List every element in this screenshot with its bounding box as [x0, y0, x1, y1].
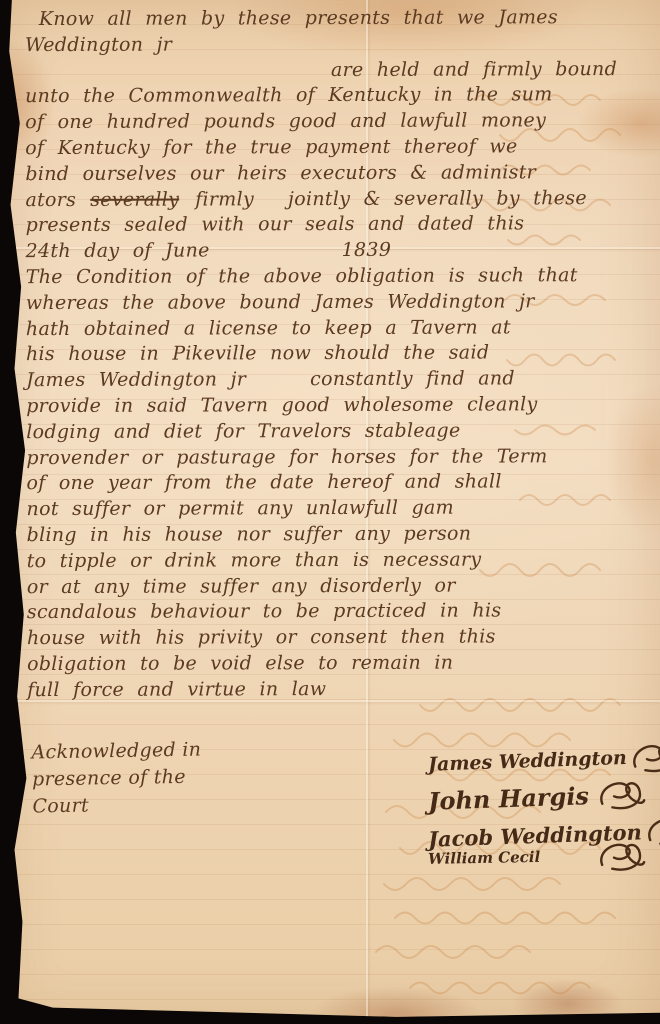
manuscript-line: scandalous behaviour to be practiced in … [27, 598, 653, 626]
manuscript-line: provide in said Tavern good wholesome cl… [26, 392, 652, 420]
scanned-document: Know all men by these presents that we J… [0, 0, 660, 1024]
manuscript-line: 24th day of June1839 [26, 237, 652, 265]
manuscript-line: bind ourselves our heirs executors & adm… [25, 160, 651, 188]
attestation-line: presence of the [32, 764, 202, 794]
manuscript-line: of one year from the date hereof and sha… [26, 469, 652, 497]
manuscript-body: Know all men by these presents that we J… [25, 5, 653, 704]
line-fragment: James Weddington jr [26, 368, 246, 391]
line-fragment: firmly [195, 188, 254, 210]
seal-flourish-icon [594, 838, 647, 873]
manuscript-line: presents sealed with our seals and dated… [26, 211, 652, 239]
seal-flourish-icon [626, 739, 660, 775]
manuscript-line: of one hundred pounds good and lawfull m… [25, 108, 651, 136]
manuscript-line: of Kentucky for the true payment thereof… [25, 134, 651, 162]
struck-word: severally [90, 188, 179, 210]
manuscript-line: The Condition of the above obligation is… [26, 263, 652, 291]
manuscript-line: Know all men by these presents that we J… [25, 5, 651, 33]
attestation-line: Acknowledged in [31, 737, 201, 767]
attestation-block: Acknowledged in presence of the Court [31, 737, 202, 821]
manuscript-line: obligation to be void else to remain in [27, 650, 653, 678]
paper-sheet: Know all men by these presents that we J… [0, 0, 660, 1024]
manuscript-line: unto the Commonwealth of Kentucky in the… [25, 82, 651, 110]
manuscript-line: Weddington jr [25, 31, 651, 59]
manuscript-line: whereas the above bound James Weddington… [26, 289, 652, 317]
signature-row: James Weddington [427, 740, 646, 782]
signature-row: John Hargis [427, 776, 646, 818]
year-text: 1839 [342, 239, 392, 261]
line-fragment: ators [25, 188, 76, 210]
seal-flourish-icon [593, 776, 646, 812]
attestation-line: Court [32, 791, 202, 821]
signature-name: John Hargis [428, 781, 590, 816]
manuscript-line: his house in Pikeville now should the sa… [26, 340, 652, 368]
date-text: 24th day of June [26, 240, 210, 263]
manuscript-line: lodging and diet for Travelors stableage [26, 418, 652, 446]
manuscript-line: atorsseverallyfirmlyjointly & severally … [25, 185, 651, 213]
manuscript-line: to tipple or drink more than is necessar… [27, 547, 653, 575]
manuscript-line: hath obtained a license to keep a Tavern… [26, 314, 652, 342]
manuscript-line: provender or pasturage for horses for th… [26, 443, 652, 471]
manuscript-line: James Weddington jrconstantly find and [26, 366, 652, 394]
manuscript-line: are held and firmly bound [25, 57, 651, 85]
manuscript-line: not suffer or permit any unlawfull gam [26, 495, 652, 523]
manuscript-line: house with his privity or consent then t… [27, 624, 653, 652]
manuscript-line: full force and virtue in law [27, 676, 653, 704]
line-fragment: constantly find and [310, 368, 515, 391]
manuscript-line: bling in his house nor suffer any person [27, 521, 653, 549]
signature-block: James Weddington John Hargis Jacob Weddi… [428, 744, 646, 874]
manuscript-line: or at any time suffer any disorderly or [27, 572, 653, 600]
signature-name: James Weddington [428, 747, 627, 776]
line-fragment: jointly & severally by these [288, 187, 587, 210]
signature-name: William Cecil [428, 848, 541, 868]
signature-row: William Cecil [428, 838, 647, 876]
